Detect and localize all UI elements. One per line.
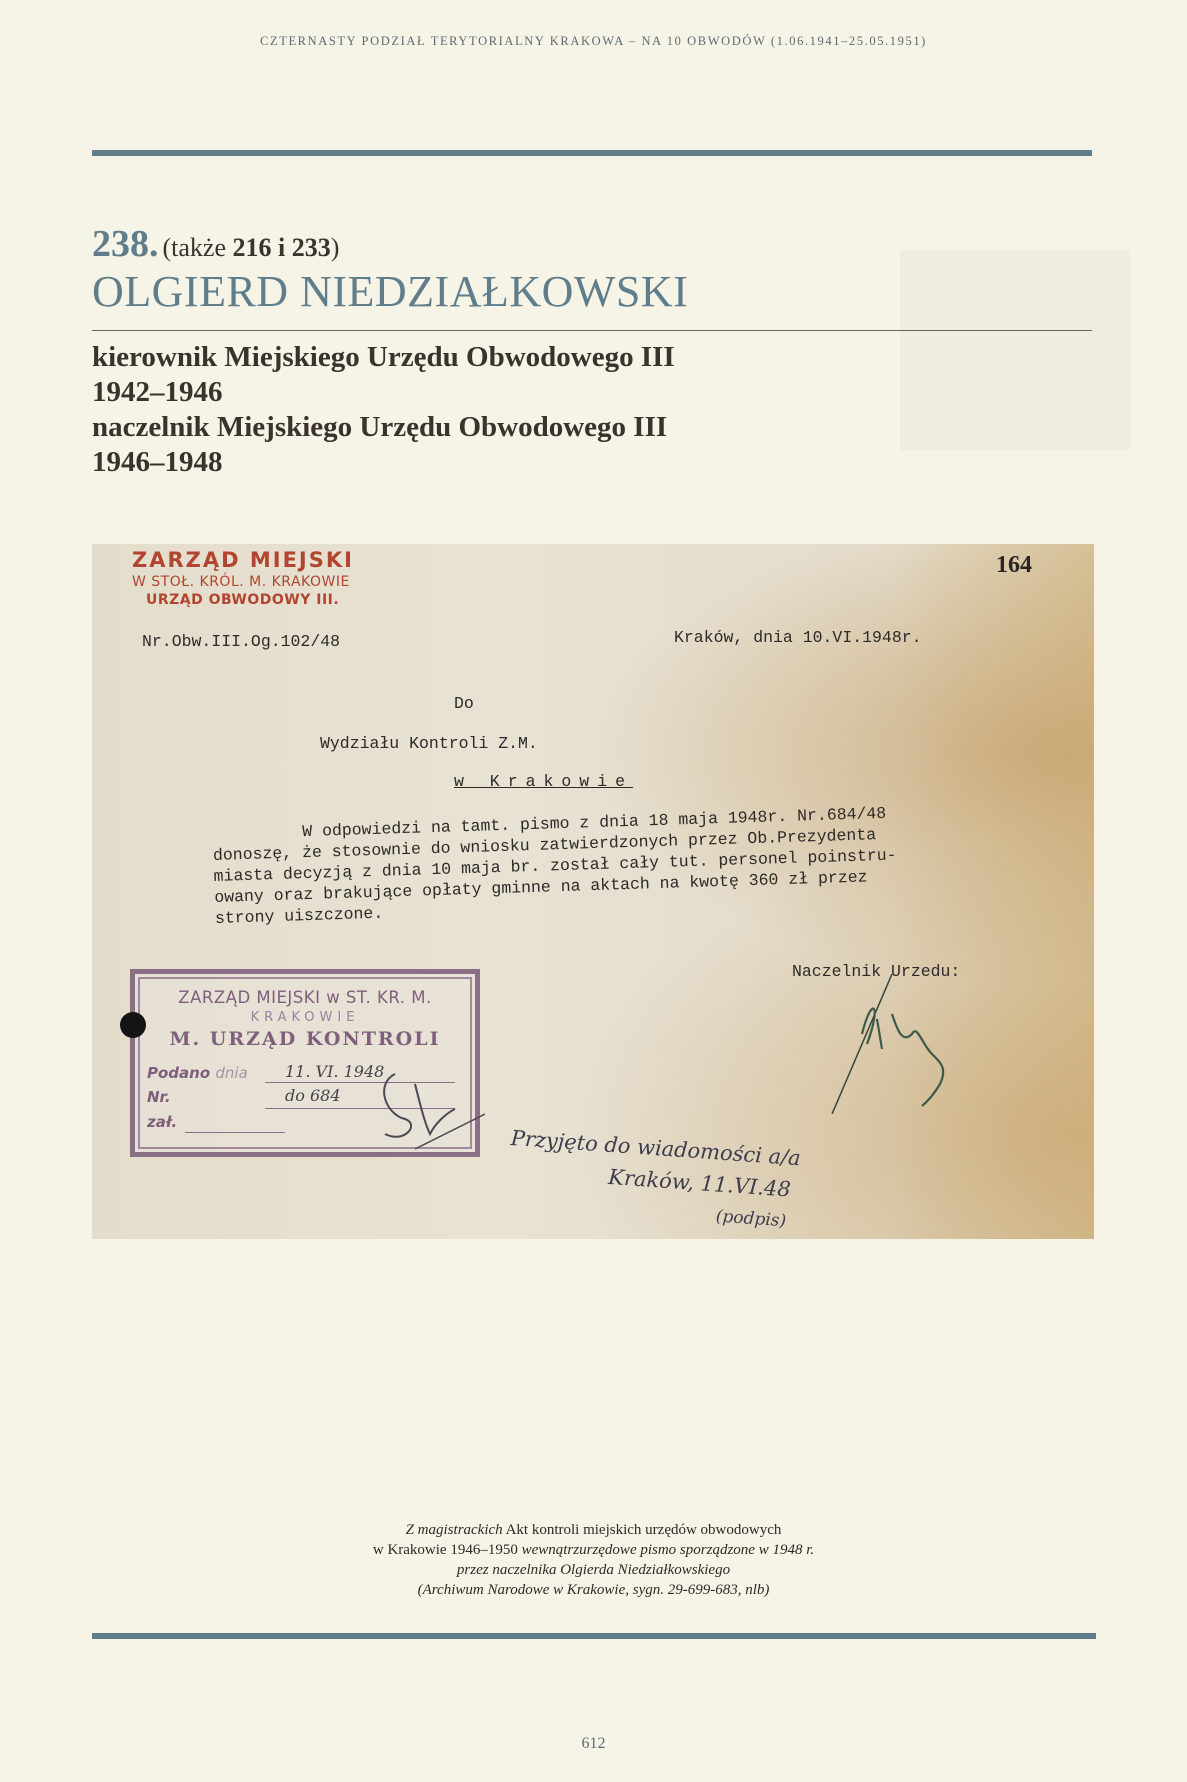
cross-ref-suffix: ) [331, 233, 340, 262]
caption-text: Akt kontroli miejskich urzędów obwodowyc… [503, 1522, 782, 1538]
letterhead-line: W STOŁ. KRÓL. M. KRAKOWIE [132, 574, 354, 590]
stamp-nr-value: do 684 [285, 1086, 341, 1105]
person-name: OLGIERD NIEDZIAŁKOWSKI [92, 268, 1092, 316]
document-scan: ZARZĄD MIEJSKI W STOŁ. KRÓL. M. KRAKOWIE… [92, 544, 1094, 1239]
punch-hole [120, 1012, 146, 1038]
letterhead-line: ZARZĄD MIEJSKI [132, 548, 354, 572]
page-number: 612 [0, 1735, 1187, 1753]
stamp-date-value: 11. VI. 1948 [285, 1062, 384, 1081]
folio-number: 164 [996, 552, 1032, 579]
caption-italic: wewnątrzurzędowe pismo sporządzone w 194… [522, 1542, 815, 1558]
stamp-line: KRAKOWIE [135, 1010, 475, 1025]
address-to: Do [454, 694, 474, 713]
top-rule [92, 150, 1092, 156]
caption-italic: Z magistrackich [406, 1522, 503, 1538]
entry-heading: 238. (także 216 i 233) OLGIERD NIEDZIAŁK… [92, 222, 1092, 316]
stamp-underline [185, 1132, 285, 1133]
stamp-podano-row: Podano dnia [147, 1064, 248, 1082]
initials-icon [375, 1064, 485, 1154]
caption-source: (Archiwum Narodowe w Krakowie, sygn. 29-… [418, 1582, 770, 1598]
role-line: naczelnik Miejskiego Urzędu Obwodowego I… [92, 410, 992, 445]
stamp-zal-label: zał. [147, 1113, 177, 1131]
control-office-stamp: ZARZĄD MIEJSKI w ST. KR. M. KRAKOWIE M. … [130, 969, 480, 1157]
address-city: w Krakowie [454, 772, 633, 791]
letter-body: W odpowiedzi na tamt. pismo z dnia 18 ma… [212, 799, 995, 928]
name-divider [92, 330, 1092, 331]
role-line: kierownik Miejskiego Urzędu Obwodowego I… [92, 340, 992, 375]
roles-list: kierownik Miejskiego Urzędu Obwodowego I… [92, 340, 992, 480]
role-period: 1942–1946 [92, 375, 992, 410]
running-head: CZTERNASTY PODZIAŁ TERYTORIALNY KRAKOWA … [0, 34, 1187, 49]
caption-line: Z magistrackich Akt kontroli miejskich u… [0, 1520, 1187, 1540]
bottom-rule [92, 1633, 1096, 1639]
handwritten-note: Przyjęto do wiadomości a/a Kraków, 11.VI… [505, 1122, 801, 1238]
caption-text: w Krakowie 1946–1950 [373, 1542, 522, 1558]
stamp-line: M. URZĄD KONTROLI [135, 1028, 475, 1050]
caption-line: w Krakowie 1946–1950 wewnątrzurzędowe pi… [0, 1540, 1187, 1560]
caption-line: (Archiwum Narodowe w Krakowie, sygn. 29-… [0, 1580, 1187, 1600]
letterhead-stamp: ZARZĄD MIEJSKI W STOŁ. KRÓL. M. KRAKOWIE… [132, 548, 354, 608]
letterhead-line: URZĄD OBWODOWY III. [132, 592, 354, 608]
figure-caption: Z magistrackich Akt kontroli miejskich u… [0, 1520, 1187, 1600]
stamp-line: ZARZĄD MIEJSKI w ST. KR. M. [135, 988, 475, 1007]
caption-italic: przez naczelnika Olgierda Niedziałkowski… [457, 1562, 730, 1578]
dnia-label: dnia [215, 1064, 247, 1082]
entry-number: 238. [92, 223, 159, 265]
address-department: Wydziału Kontroli Z.M. [320, 734, 538, 753]
reference-number: Nr.Obw.III.Og.102/48 [142, 632, 340, 651]
caption-line: przez naczelnika Olgierda Niedziałkowski… [0, 1560, 1187, 1580]
place-date: Kraków, dnia 10.VI.1948r. [674, 628, 922, 647]
cross-ref-prefix: (także [163, 233, 233, 262]
stamp-nr-label: Nr. [147, 1088, 171, 1106]
podano-label: Podano [147, 1064, 210, 1082]
cross-ref-numbers: 216 i 233 [233, 233, 331, 262]
role-period: 1946–1948 [92, 445, 992, 480]
signature-icon [822, 974, 982, 1114]
entry-cross-reference: (także 216 i 233) [163, 233, 340, 262]
